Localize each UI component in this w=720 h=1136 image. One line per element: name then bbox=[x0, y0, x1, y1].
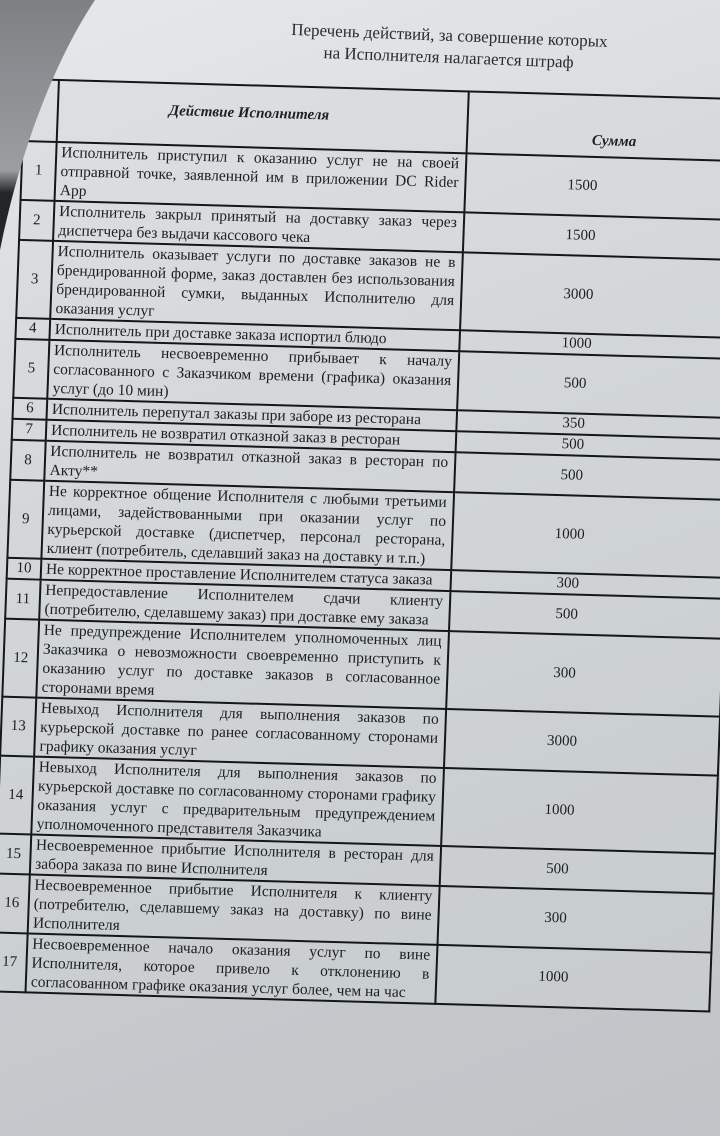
penalty-table-container: Действие Исполнителя Сумма 1Исполнитель … bbox=[0, 78, 720, 1013]
row-number: 7 bbox=[12, 419, 47, 441]
row-number: 9 bbox=[7, 480, 44, 559]
row-amount: 500 bbox=[457, 351, 720, 418]
row-number: 1 bbox=[21, 141, 57, 201]
row-amount: 1000 bbox=[435, 945, 711, 1012]
document-sheet: Перечень действий, за совершение которых… bbox=[0, 0, 720, 1136]
row-number: 11 bbox=[5, 579, 40, 620]
row-number: 4 bbox=[15, 318, 50, 340]
row-number: 2 bbox=[19, 200, 54, 241]
row-number: 3 bbox=[16, 240, 53, 319]
row-number: 13 bbox=[0, 697, 36, 757]
row-number: 16 bbox=[0, 874, 30, 934]
row-action: Не корректное общение Исполнителя с любы… bbox=[41, 481, 454, 570]
row-amount: 1000 bbox=[451, 492, 720, 578]
row-number: 15 bbox=[0, 834, 31, 875]
row-action: Несвоевременное начало оказания услуг по… bbox=[25, 933, 437, 1003]
row-number: 8 bbox=[10, 440, 45, 481]
row-amount: 3000 bbox=[444, 709, 720, 776]
row-number: 10 bbox=[7, 558, 42, 580]
table-body: 1Исполнитель приступил к оказанию услуг … bbox=[0, 141, 720, 1012]
row-number: 5 bbox=[13, 339, 49, 399]
row-action: Невыход Исполнителя для выполнения заказ… bbox=[31, 757, 444, 846]
row-action: Исполнитель оказывает услуги по доставке… bbox=[50, 241, 463, 330]
row-action: Не предупреждение Исполнителем уполномоч… bbox=[36, 620, 449, 709]
header-amount: Сумма bbox=[467, 91, 720, 161]
row-number: 14 bbox=[0, 756, 34, 835]
row-number: 6 bbox=[13, 398, 48, 420]
penalty-table: Действие Исполнителя Сумма 1Исполнитель … bbox=[0, 78, 720, 1013]
header-action: Действие Исполнителя bbox=[57, 80, 469, 153]
row-amount: 300 bbox=[446, 631, 720, 717]
row-amount: 3000 bbox=[460, 252, 720, 338]
row-amount: 1000 bbox=[441, 768, 718, 854]
row-number: 12 bbox=[2, 619, 39, 698]
document-title: Перечень действий, за совершение которых… bbox=[268, 18, 629, 76]
row-number: 17 bbox=[0, 932, 28, 992]
row-amount: 300 bbox=[437, 886, 713, 953]
row-amount: 1500 bbox=[464, 153, 720, 220]
